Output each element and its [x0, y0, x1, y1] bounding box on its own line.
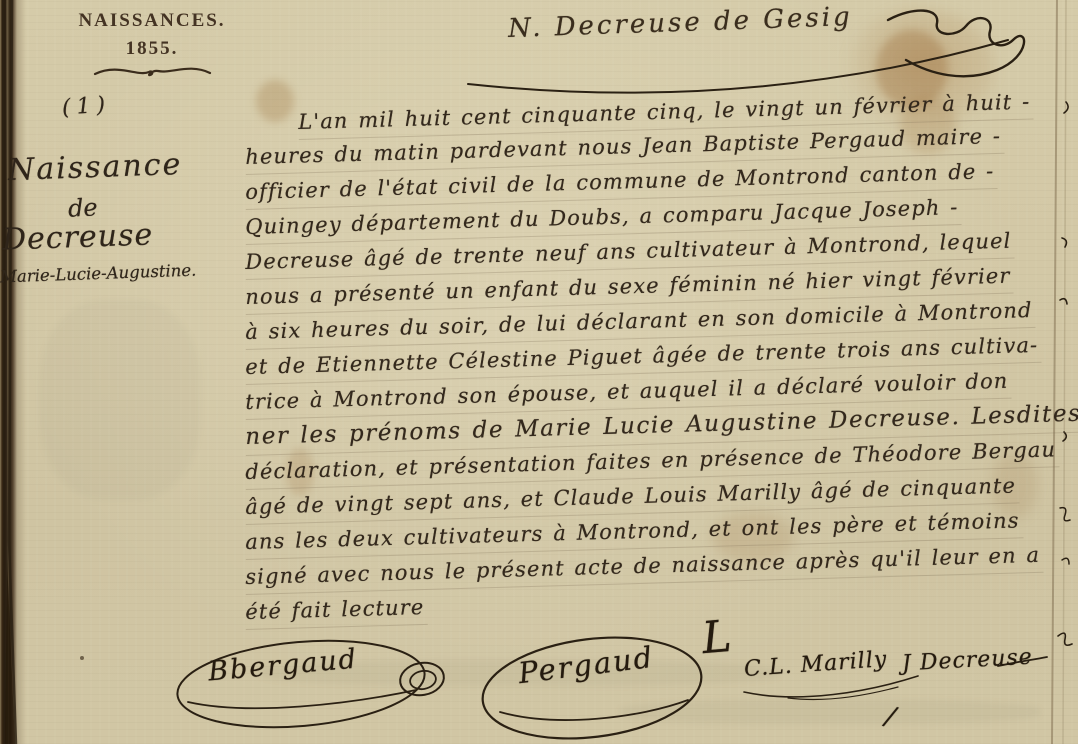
bleed-through	[40, 300, 200, 500]
ornament-swash	[95, 69, 210, 75]
opposite-page-ink-fragment	[1058, 633, 1072, 645]
bleed-through	[620, 700, 1040, 724]
opposite-page-ink-fragment	[1060, 508, 1070, 521]
page-fold-line	[1063, 0, 1066, 744]
signature-spiral	[398, 659, 447, 698]
register-year: 1855.	[72, 38, 232, 60]
opposite-page-ink-fragment	[1063, 432, 1066, 441]
signature-underline-bergaud	[188, 690, 416, 708]
act-body-line: été fait lecture	[245, 595, 428, 630]
signature-paraph: L	[700, 611, 734, 664]
signature-underline-pergaud	[500, 700, 688, 720]
register-title: NAISSANCES.	[72, 10, 232, 32]
signature-underline-marilly	[788, 687, 898, 700]
signature-decreuse: J Decreuse	[901, 645, 1033, 677]
opposite-page-ink-fragment	[1062, 558, 1069, 564]
page-fold-line	[1052, 0, 1057, 744]
inscription-underline	[468, 40, 1008, 93]
stray-pen-mark: /	[883, 701, 898, 732]
margin-label-naissance: Naissance	[7, 147, 182, 188]
margin-label-de: de	[67, 193, 98, 223]
margin-label-decreuse: Decreuse	[1, 217, 153, 257]
signature-spiral	[409, 669, 438, 691]
signature-oval-pergaud	[477, 626, 707, 744]
top-inscription: N. Decreuse de Gesig	[508, 2, 854, 44]
signature-marilly: C.L. Marilly	[743, 647, 888, 682]
opposite-page-ink-fragment	[1062, 238, 1066, 247]
signature-pergaud: Pergaud	[516, 640, 655, 690]
inscription-flourish	[888, 11, 1024, 77]
act-number: (1)	[61, 92, 112, 120]
opposite-page-ink-fragment	[1064, 102, 1068, 113]
register-page-scan: NAISSANCES. 1855. N. Decreuse de Gesig (…	[0, 0, 1078, 744]
opposite-page-ink-fragment	[1060, 299, 1067, 304]
book-binding-edge	[0, 0, 26, 744]
margin-child-names: Marie-Lucie-Augustine.	[0, 261, 197, 287]
ink-dot	[80, 656, 84, 660]
stain	[256, 80, 294, 122]
signature-bergaud: Bbergaud	[207, 644, 359, 688]
